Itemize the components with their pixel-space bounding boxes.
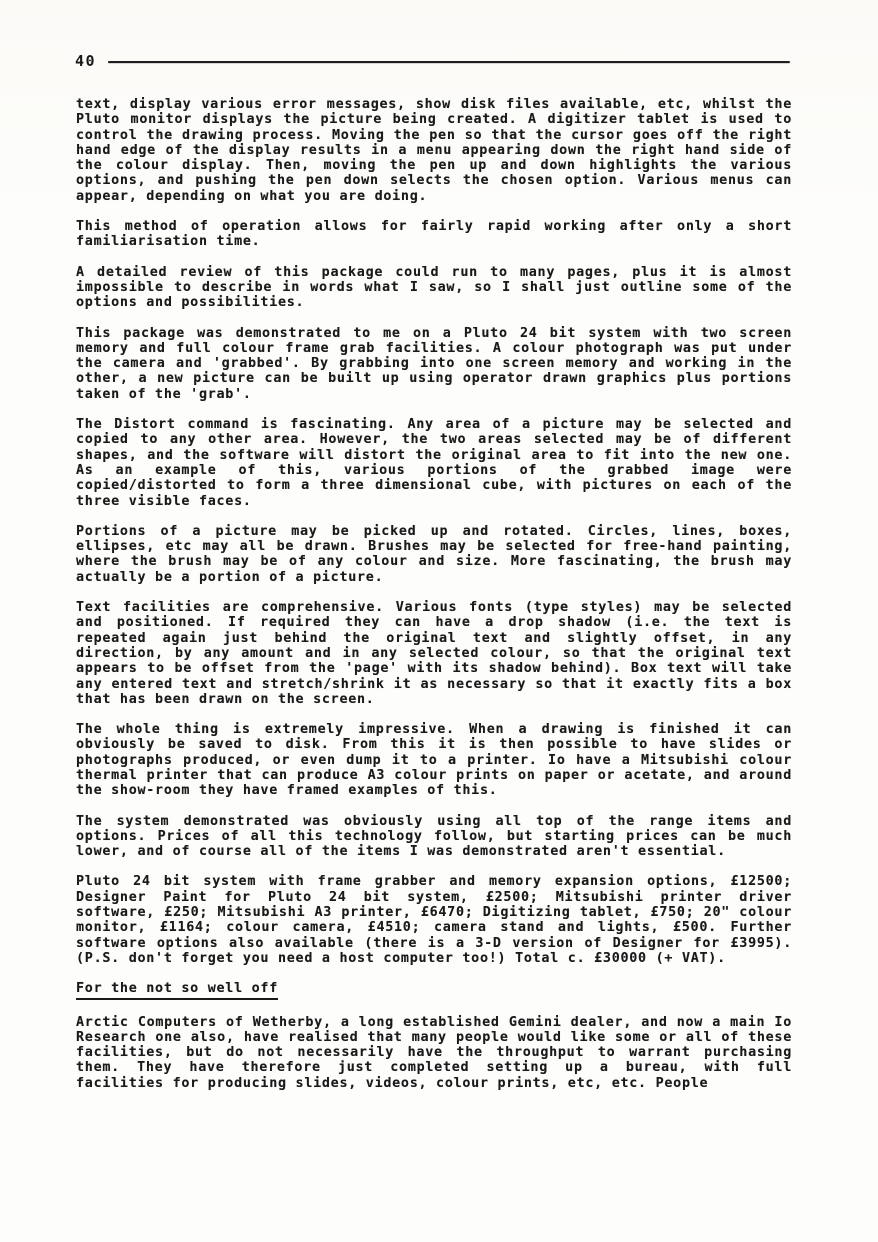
header-rule — [108, 61, 790, 63]
paragraph: Portions of a picture may be picked up a… — [76, 524, 792, 585]
paragraph: text, display various error messages, sh… — [76, 97, 792, 204]
closing-paragraph: Arctic Computers of Wetherby, a long est… — [76, 1015, 792, 1091]
paragraph: A detailed review of this package could … — [76, 265, 792, 311]
page-header: 40 — [75, 54, 790, 69]
paragraph: The system demonstrated was obviously us… — [76, 814, 792, 860]
page-number: 40 — [75, 54, 96, 69]
paragraph: The Distort command is fascinating. Any … — [76, 417, 792, 509]
paragraph: Pluto 24 bit system with frame grabber a… — [76, 874, 792, 966]
paragraph: This method of operation allows for fair… — [76, 219, 792, 250]
paragraph: This package was demonstrated to me on a… — [76, 326, 792, 402]
scanned-document-page: 40 text, display various error messages,… — [0, 0, 878, 1242]
article-body: text, display various error messages, sh… — [76, 97, 792, 1106]
paragraph: The whole thing is extremely impressive.… — [76, 722, 792, 798]
paragraph: Text facilities are comprehensive. Vario… — [76, 600, 792, 707]
section-heading-text: For the not so well off — [76, 981, 278, 999]
section-heading: For the not so well off — [76, 981, 792, 999]
